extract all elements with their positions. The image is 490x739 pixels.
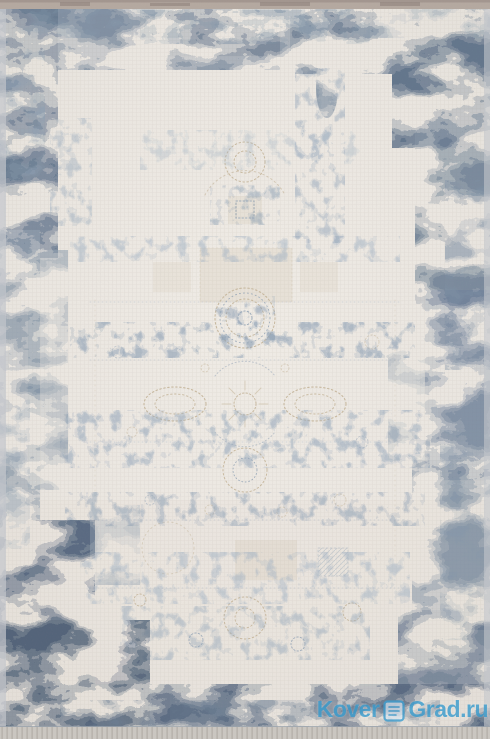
rug-roll-badge-icon bbox=[383, 700, 405, 722]
watermark-text-grad: Grad.ru bbox=[408, 696, 488, 723]
watermark: Kover Grad.ru bbox=[317, 696, 488, 723]
watermark-text-kover: Kover bbox=[317, 696, 380, 723]
rug-illustration bbox=[0, 0, 490, 739]
rug-product-photo: Kover Grad.ru bbox=[0, 0, 490, 739]
